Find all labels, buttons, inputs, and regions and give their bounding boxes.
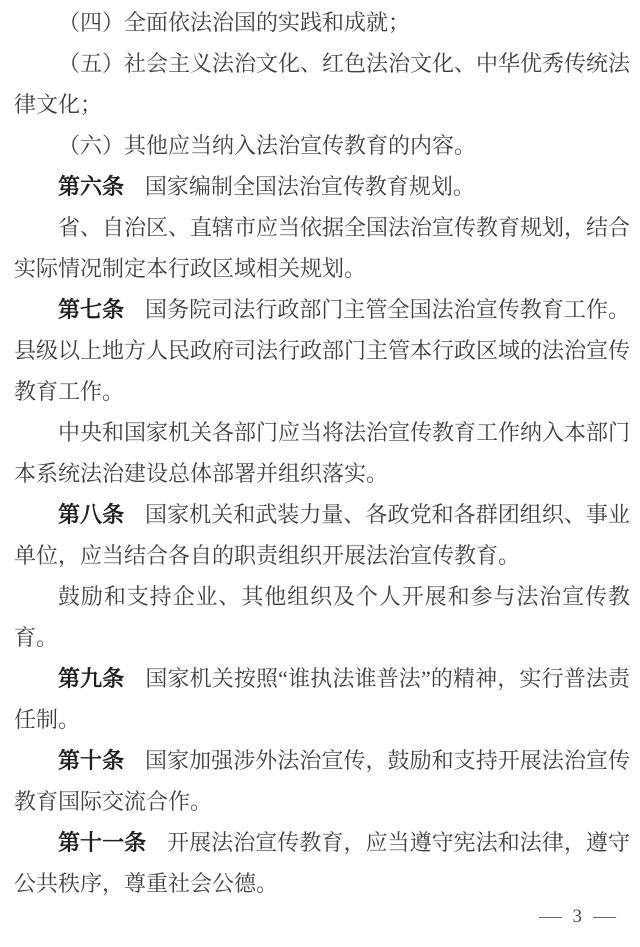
article-6-subparagraph: 省、自治区、直辖市应当依据全国法治宣传教育规划，结合实际情况制定本行政区域相关规…	[14, 207, 630, 289]
page-number-value: 3	[573, 906, 583, 928]
list-item-5: （五）社会主义法治文化、红色法治文化、中华优秀传统法律文化；	[14, 43, 630, 125]
article-6-subtext: 省、自治区、直辖市应当依据全国法治宣传教育规划，结合实际情况制定本行政区域相关规…	[14, 215, 630, 281]
list-item-6: （六）其他应当纳入法治宣传教育的内容。	[14, 125, 630, 166]
list-item-text: （五）社会主义法治文化、红色法治文化、中华优秀传统法律文化；	[14, 51, 630, 117]
article-8-paragraph: 第八条国家机关和武装力量、各政党和各群团组织、事业单位，应当结合各自的职责组织开…	[14, 494, 630, 576]
article-7-subtext: 中央和国家机关各部门应当将法治宣传教育工作纳入本部门本系统法治建设总体部署并组织…	[14, 420, 630, 486]
article-11-number: 第十一条	[58, 830, 146, 855]
list-item-4: （四）全面依法治国的实践和成就；	[14, 2, 630, 43]
article-11-paragraph: 第十一条开展法治宣传教育，应当遵守宪法和法律，遵守公共秩序，尊重社会公德。	[14, 822, 630, 904]
article-7-subparagraph: 中央和国家机关各部门应当将法治宣传教育工作纳入本部门本系统法治建设总体部署并组织…	[14, 412, 630, 494]
article-8-subtext: 鼓励和支持企业、其他组织及个人开展和参与法治宣传教育。	[14, 584, 630, 650]
document-body: （四）全面依法治国的实践和成就； （五）社会主义法治文化、红色法治文化、中华优秀…	[14, 2, 630, 904]
article-8-subparagraph: 鼓励和支持企业、其他组织及个人开展和参与法治宣传教育。	[14, 576, 630, 658]
article-6-text: 国家编制全国法治宣传教育规划。	[145, 174, 475, 199]
article-10-paragraph: 第十条国家加强涉外法治宣传，鼓励和支持开展法治宣传教育国际交流合作。	[14, 740, 630, 822]
article-10-number: 第十条	[58, 748, 124, 773]
list-item-text: （六）其他应当纳入法治宣传教育的内容。	[58, 133, 476, 158]
article-9-paragraph: 第九条国家机关按照“谁执法谁普法”的精神，实行普法责任制。	[14, 658, 630, 740]
page-number-dash-left: —	[539, 906, 562, 928]
article-6-number: 第六条	[58, 174, 124, 199]
article-6-paragraph: 第六条国家编制全国法治宣传教育规划。	[14, 166, 630, 207]
article-8-number: 第八条	[58, 502, 124, 527]
page-number: — 3 —	[541, 906, 615, 928]
page-number-dash-right: —	[593, 906, 616, 928]
article-9-number: 第九条	[58, 666, 124, 691]
list-item-text: （四）全面依法治国的实践和成就；	[58, 10, 410, 35]
document-page: （四）全面依法治国的实践和成就； （五）社会主义法治文化、红色法治文化、中华优秀…	[0, 0, 640, 947]
article-7-paragraph: 第七条国务院司法行政部门主管全国法治宣传教育工作。县级以上地方人民政府司法行政部…	[14, 289, 630, 412]
article-7-number: 第七条	[58, 297, 124, 322]
